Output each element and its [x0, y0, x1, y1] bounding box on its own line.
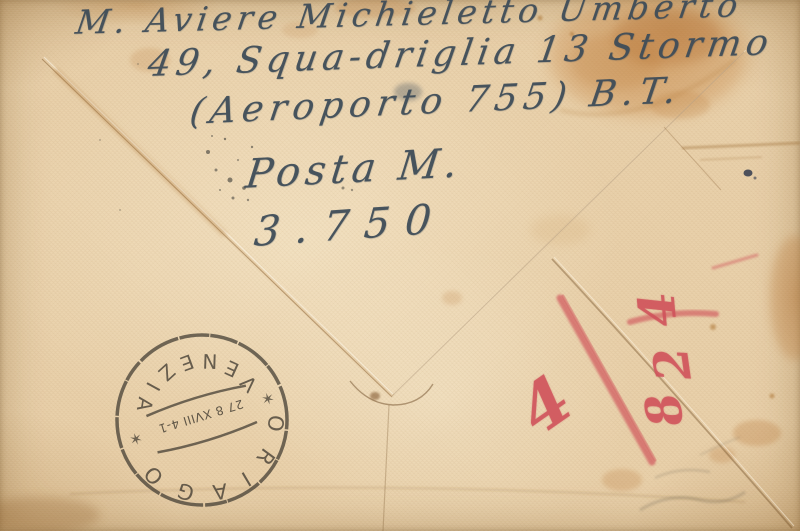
ink-blot	[744, 170, 757, 180]
postmark-date-text: 27 8 XVIII 4-1	[157, 397, 245, 436]
postmark-stamp: ORIAGO VENEZIA ✶ ✶ 27 8 XVIII 4-1	[96, 314, 309, 528]
offset-smudges	[640, 437, 745, 510]
red-slash-stroke	[560, 255, 757, 462]
envelope-photo: ORIAGO VENEZIA ✶ ✶ 27 8 XVIII 4-1 M. Avi…	[0, 0, 800, 531]
postmark-star-left: ✶	[259, 387, 277, 409]
postmark-star-right: ✶	[127, 428, 145, 450]
postmark-town-text: ORIAGO	[126, 407, 308, 527]
